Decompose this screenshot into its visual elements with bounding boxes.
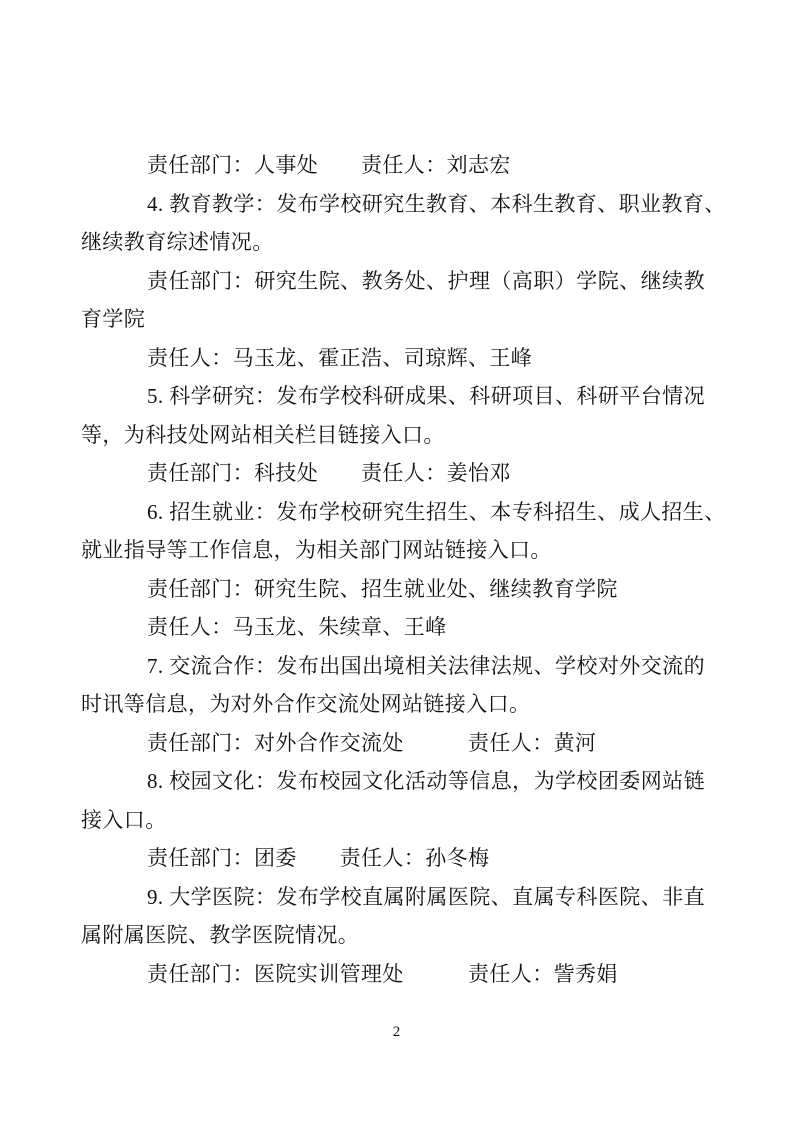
text-line: 6. 招生就业：发布学校研究生招生、本专科招生、成人招生、 [81,493,705,532]
text-line: 9. 大学医院：发布学校直属附属医院、直属专科医院、非直 [81,878,705,917]
text-line: 就业指导等工作信息，为相关部门网站链接入口。 [81,531,705,570]
text-line: 8. 校园文化：发布校园文化活动等信息，为学校团委网站链 [81,762,705,801]
document-page: 责任部门：人事处 责任人：刘志宏4. 教育教学：发布学校研究生教育、本科生教育、… [0,0,793,1122]
document-body: 责任部门：人事处 责任人：刘志宏4. 教育教学：发布学校研究生教育、本科生教育、… [81,146,705,993]
text-line: 责任人：马玉龙、霍正浩、司琼辉、王峰 [81,339,705,378]
text-line: 责任部门：科技处 责任人：姜怡邓 [81,454,705,493]
text-line: 7. 交流合作：发布出国出境相关法律法规、学校对外交流的 [81,647,705,686]
text-line: 4. 教育教学：发布学校研究生教育、本科生教育、职业教育、 [81,185,705,224]
text-line: 等，为科技处网站相关栏目链接入口。 [81,416,705,455]
text-line: 责任部门：团委 责任人：孙冬梅 [81,839,705,878]
text-line: 责任部门：研究生院、招生就业处、继续教育学院 [81,570,705,609]
page-number: 2 [0,1022,793,1042]
text-line: 责任人：马玉龙、朱续章、王峰 [81,608,705,647]
text-line: 时讯等信息，为对外合作交流处网站链接入口。 [81,685,705,724]
text-line: 5. 科学研究：发布学校科研成果、科研项目、科研平台情况 [81,377,705,416]
text-line: 责任部门：人事处 责任人：刘志宏 [81,146,705,185]
text-line: 责任部门：对外合作交流处 责任人：黄河 [81,724,705,763]
text-line: 育学院 [81,300,705,339]
text-line: 属附属医院、教学医院情况。 [81,916,705,955]
text-line: 接入口。 [81,801,705,840]
text-line: 继续教育综述情况。 [81,223,705,262]
text-line: 责任部门：研究生院、教务处、护理（高职）学院、继续教 [81,262,705,301]
text-line: 责任部门：医院实训管理处 责任人：訾秀娟 [81,955,705,994]
